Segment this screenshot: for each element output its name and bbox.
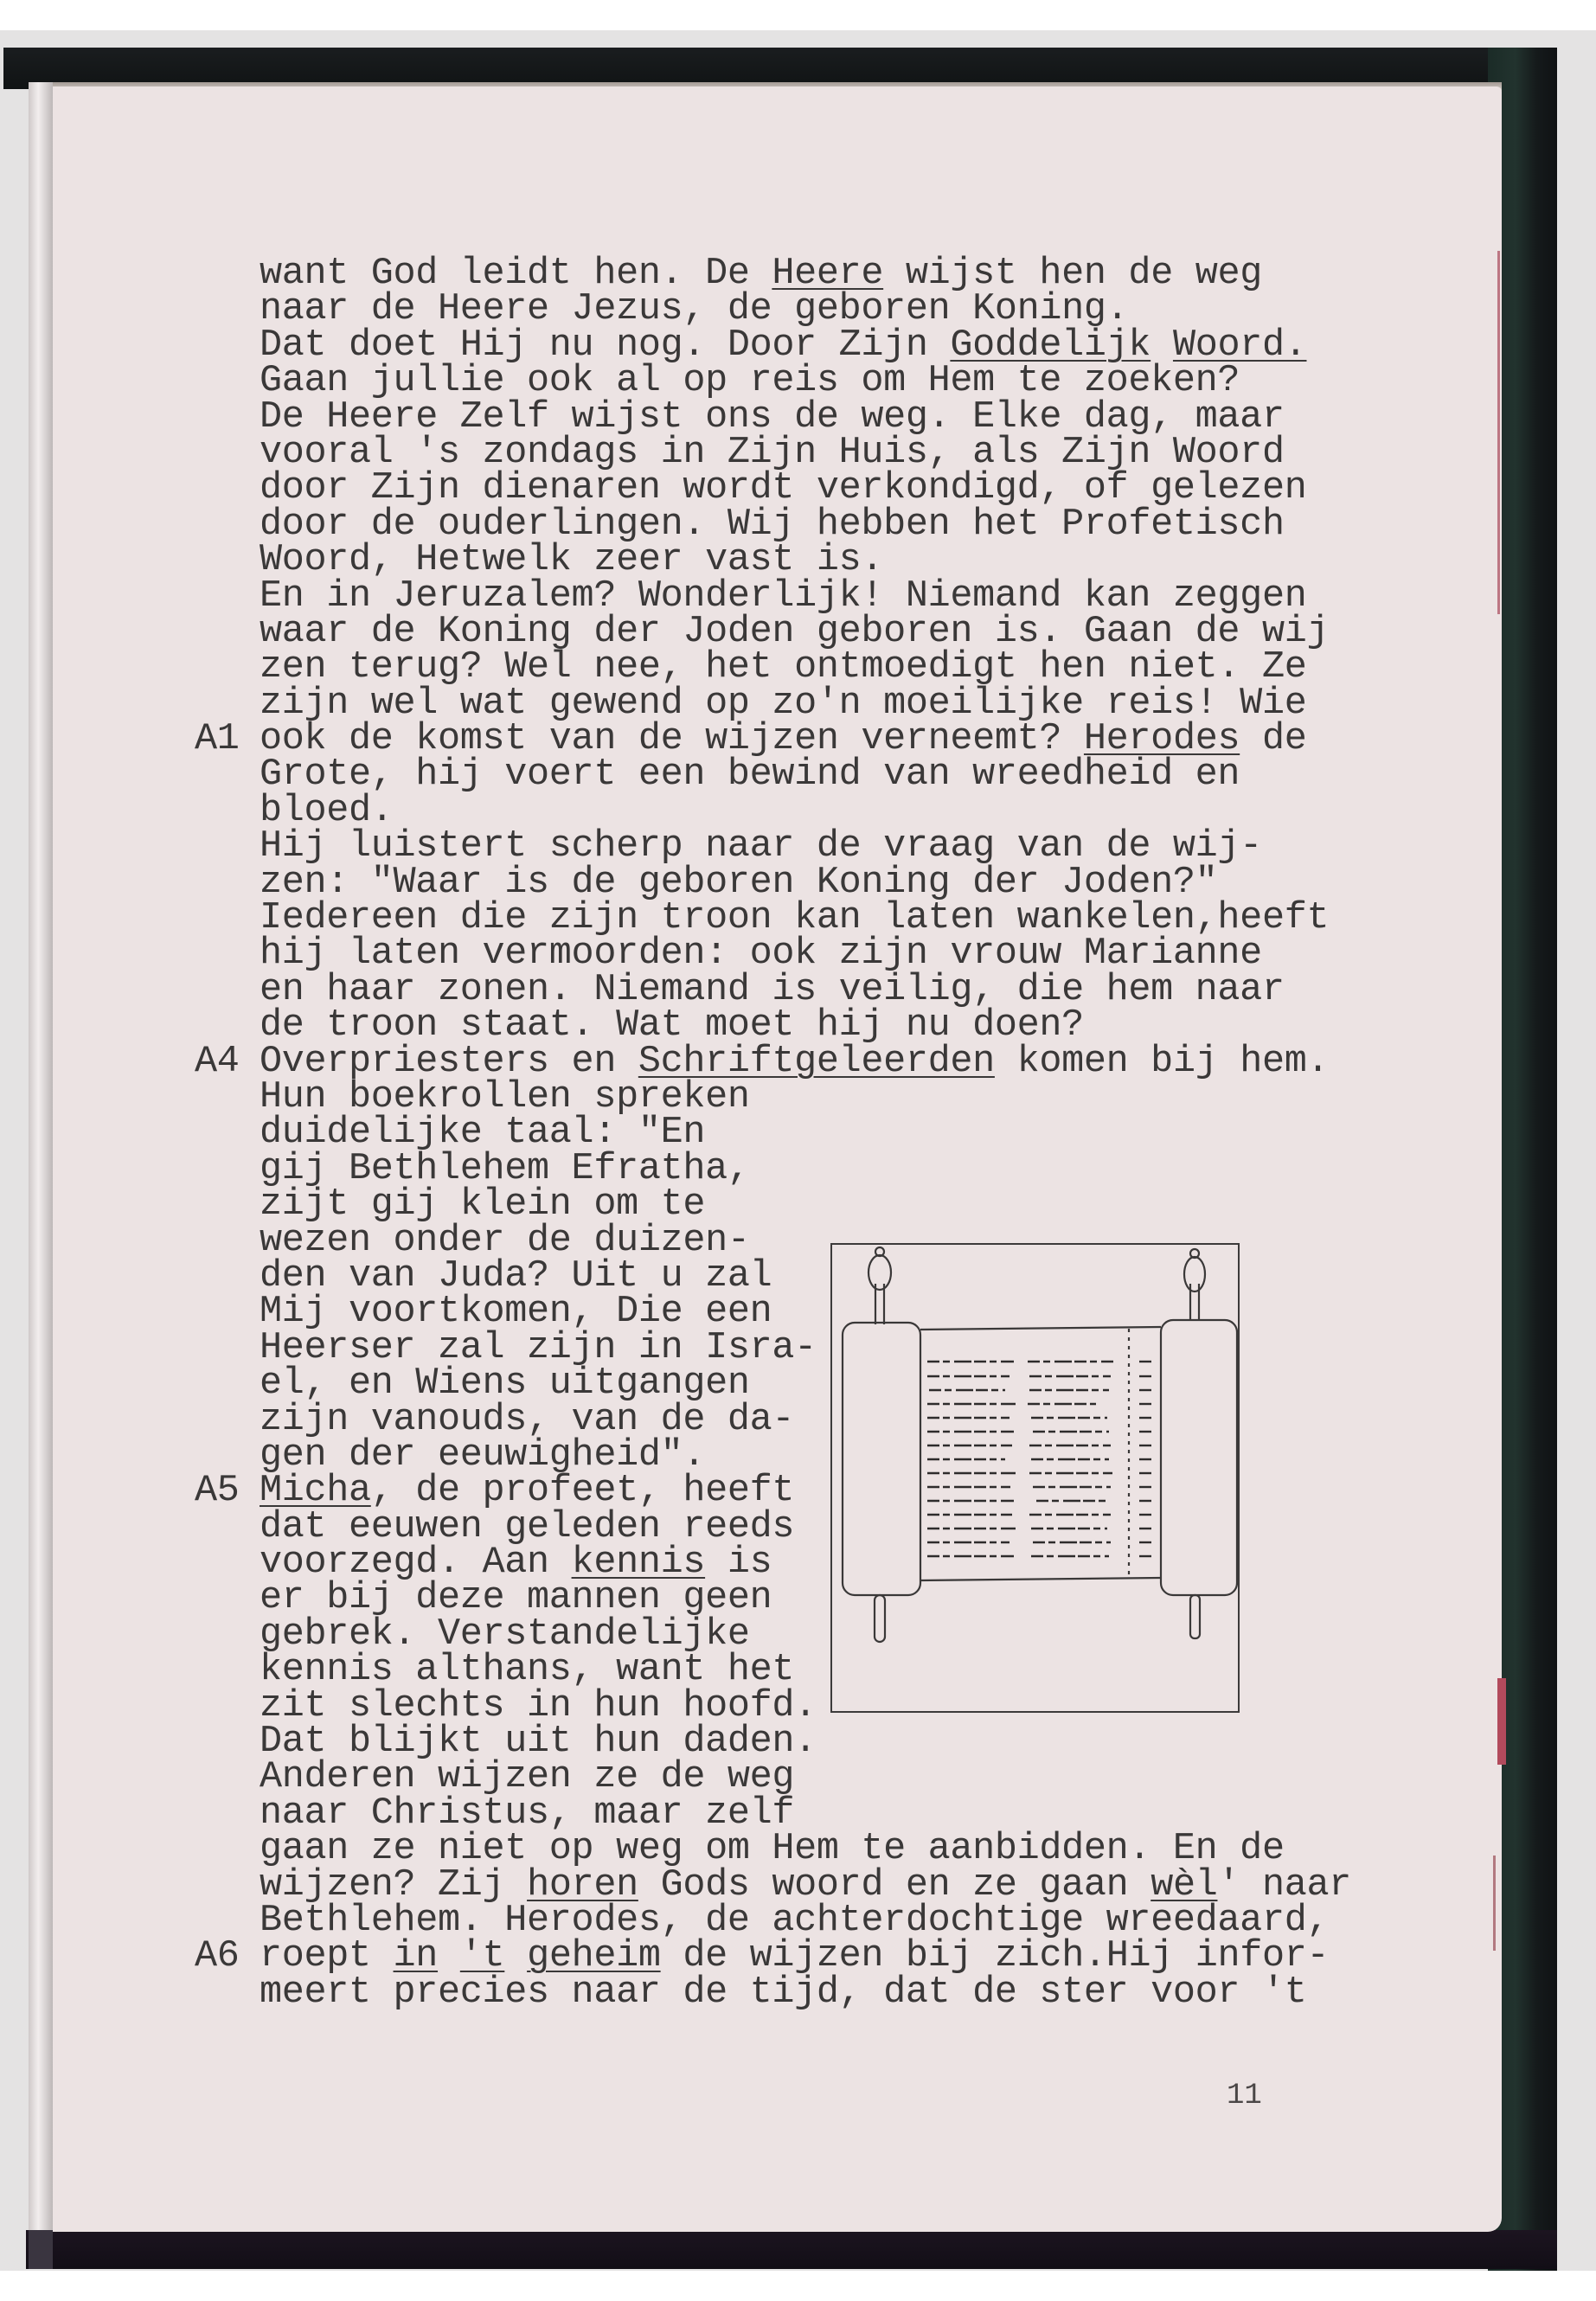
page-edge-line <box>1497 251 1500 614</box>
margin-reference-label: A6 <box>195 1939 240 1974</box>
text-line: zijn wel wat gewend op zo'n moeilijke re… <box>260 686 1349 721</box>
text-line: zen: "Waar is de geboren Koning der Jode… <box>260 865 1349 901</box>
text-line: Dat blijkt uit hun daden. <box>260 1724 1349 1759</box>
margin-reference-label: A1 <box>195 721 240 757</box>
text-line: de troon staat. Wat moet hij nu doen? <box>260 1008 1349 1043</box>
text-line: Gaan jullie ook al op reis om Hem te zoe… <box>260 363 1349 399</box>
scroll-illustration <box>830 1243 1240 1713</box>
text-line: zijt gij klein om te <box>260 1187 1349 1222</box>
text-line: naar Christus, maar zelf <box>260 1796 1349 1831</box>
page-edge-line-lower <box>1493 1856 1496 1951</box>
text-line: bloed. <box>260 793 1349 829</box>
text-line: vooral 's zondags in Zijn Huis, als Zijn… <box>260 435 1349 471</box>
book-cover-bottom-edge <box>26 2230 1557 2269</box>
text-line: en haar zonen. Niemand is veilig, die he… <box>260 972 1349 1008</box>
text-line: gaan ze niet op weg om Hem te aanbidden.… <box>260 1831 1349 1867</box>
text-line: Grote, hij voert een bewind van wreedhei… <box>260 757 1349 792</box>
text-line: A1ook de komst van de wijzen verneemt? H… <box>260 721 1349 757</box>
text-segment: komen bij hem. <box>995 1041 1329 1083</box>
text-line: Anderen wijzen ze de weg <box>260 1759 1349 1795</box>
red-bookmark-tab <box>1497 1678 1506 1765</box>
text-line: wijzen? Zij horen Gods woord en ze gaan … <box>260 1868 1349 1903</box>
text-line: De Heere Zelf wijst ons de weg. Elke dag… <box>260 400 1349 435</box>
text-line: hij laten vermoorden: ook zijn vrouw Mar… <box>260 936 1349 971</box>
text-line: En in Jeruzalem? Wonderlijk! Niemand kan… <box>260 579 1349 614</box>
text-line: door Zijn dienaren wordt verkondigd, of … <box>260 471 1349 506</box>
text-line: naar de Heere Jezus, de geboren Koning. <box>260 292 1349 327</box>
text-line: Iedereen die zijn troon kan laten wankel… <box>260 901 1349 936</box>
page-number: 11 <box>1227 2080 1262 2112</box>
text-line: Bethlehem. Herodes, de achterdochtige wr… <box>260 1903 1349 1939</box>
torah-scroll-icon <box>832 1245 1238 1711</box>
text-line: Dat doet Hij nu nog. Door Zijn Goddelijk… <box>260 328 1349 363</box>
text-line: gij Bethlehem Efratha, <box>260 1151 1349 1187</box>
margin-reference-label: A4 <box>195 1044 240 1080</box>
text-line: Woord, Hetwelk zeer vast is. <box>260 542 1349 578</box>
binding-strip <box>29 82 53 2269</box>
text-line: want God leidt hen. De Heere wijst hen d… <box>260 256 1349 292</box>
text-line: Hun boekrollen spreken <box>260 1080 1349 1115</box>
margin-reference-label: A5 <box>195 1473 240 1509</box>
text-line: zen terug? Wel nee, het ontmoedigt hen n… <box>260 650 1349 685</box>
text-segment: meert precies naar de tijd, dat de ster … <box>260 1971 1306 2014</box>
text-line: A6roept in 't geheim de wijzen bij zich.… <box>260 1939 1349 1974</box>
text-line: door de ouderlingen. Wij hebben het Prof… <box>260 507 1349 542</box>
text-line: duidelijke taal: "En <box>260 1115 1349 1150</box>
binding-strip-bottom <box>29 2230 53 2269</box>
text-line: A4Overpriesters en Schriftgeleerden kome… <box>260 1044 1349 1080</box>
text-segment: de <box>1240 718 1306 760</box>
text-line: meert precies naar de tijd, dat de ster … <box>260 1975 1349 2010</box>
text-segment: Grote, hij voert een bewind van wreedhei… <box>260 753 1240 796</box>
body-text: want God leidt hen. De Heere wijst hen d… <box>260 256 1349 2010</box>
text-line: waar de Koning der Joden geboren is. Gaa… <box>260 614 1349 650</box>
text-line: Hij luistert scherp naar de vraag van de… <box>260 829 1349 864</box>
